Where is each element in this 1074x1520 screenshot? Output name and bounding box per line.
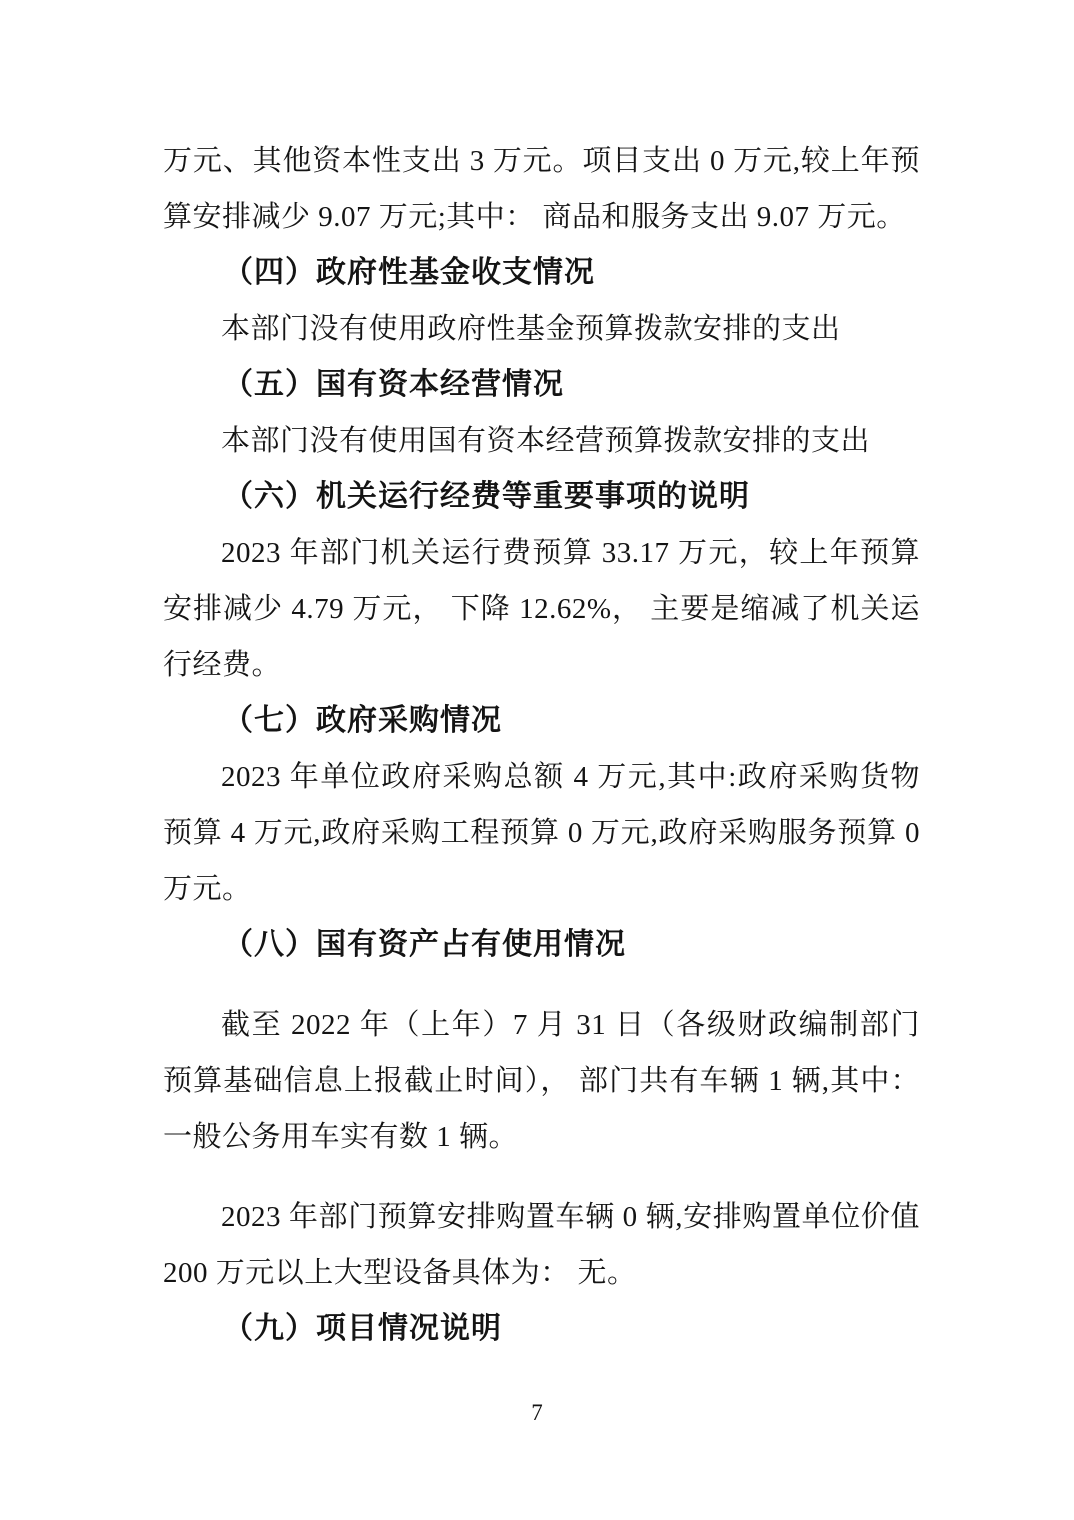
body-paragraph: 2023 年部门机关运行费预算 33.17 万元，较上年预算安排减少 4.79 … bbox=[163, 525, 920, 693]
section-heading: （七）政府采购情况 bbox=[163, 693, 920, 749]
body-paragraph: 本部门没有使用政府性基金预算拨款安排的支出 bbox=[163, 301, 920, 357]
budget-document-page: 万元、其他资本性支出 3 万元。项目支出 0 万元,较上年预算安排减少 9.07… bbox=[0, 0, 1074, 1520]
body-paragraph: 2023 年单位政府采购总额 4 万元,其中:政府采购货物预算 4 万元,政府采… bbox=[163, 749, 920, 917]
body-paragraph: 万元、其他资本性支出 3 万元。项目支出 0 万元,较上年预算安排减少 9.07… bbox=[163, 133, 920, 245]
section-heading: （六）机关运行经费等重要事项的说明 bbox=[163, 469, 920, 525]
section-heading: （九）项目情况说明 bbox=[163, 1301, 920, 1357]
section-heading: （五）国有资本经营情况 bbox=[163, 357, 920, 413]
body-paragraph: 截至 2022 年（上年）7 月 31 日（各级财政编制部门预算基础信息上报截止… bbox=[163, 997, 920, 1165]
section-heading: （八）国有资产占有使用情况 bbox=[163, 917, 920, 973]
body-paragraph: 本部门没有使用国有资本经营预算拨款安排的支出 bbox=[163, 413, 920, 469]
page-footer: 7 bbox=[0, 1398, 1074, 1428]
document-content: 万元、其他资本性支出 3 万元。项目支出 0 万元,较上年预算安排减少 9.07… bbox=[163, 133, 920, 1357]
section-heading: （四）政府性基金收支情况 bbox=[163, 245, 920, 301]
body-paragraph: 2023 年部门预算安排购置车辆 0 辆,安排购置单位价值 200 万元以上大型… bbox=[163, 1189, 920, 1301]
page-number: 7 bbox=[531, 1400, 543, 1425]
